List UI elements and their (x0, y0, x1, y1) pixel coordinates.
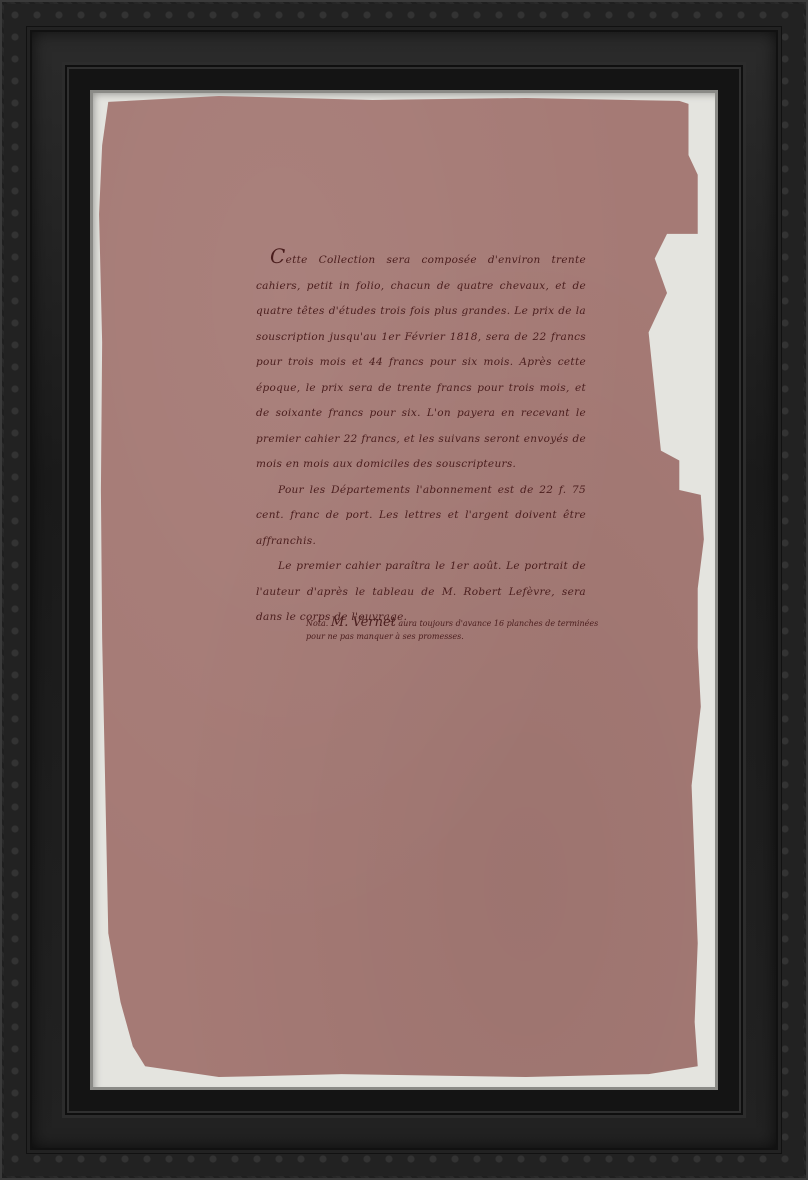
paragraph-departements: Pour les Départements l'abonnement est d… (256, 478, 586, 555)
manuscript-body: Cette Collection sera composée d'environ… (256, 244, 586, 631)
nota-block: Nota. M. Vernet aura toujours d'avance 1… (306, 616, 616, 643)
nota-name: M. Vernet (331, 615, 396, 630)
manuscript-page: Cette Collection sera composée d'environ… (96, 96, 710, 1081)
paragraph-collection: Cette Collection sera composée d'environ… (256, 244, 586, 478)
paragraph-text: ette Collection sera composée d'environ … (256, 254, 586, 470)
decorated-initial: C (270, 244, 286, 268)
nota-label: Nota. (306, 619, 328, 628)
